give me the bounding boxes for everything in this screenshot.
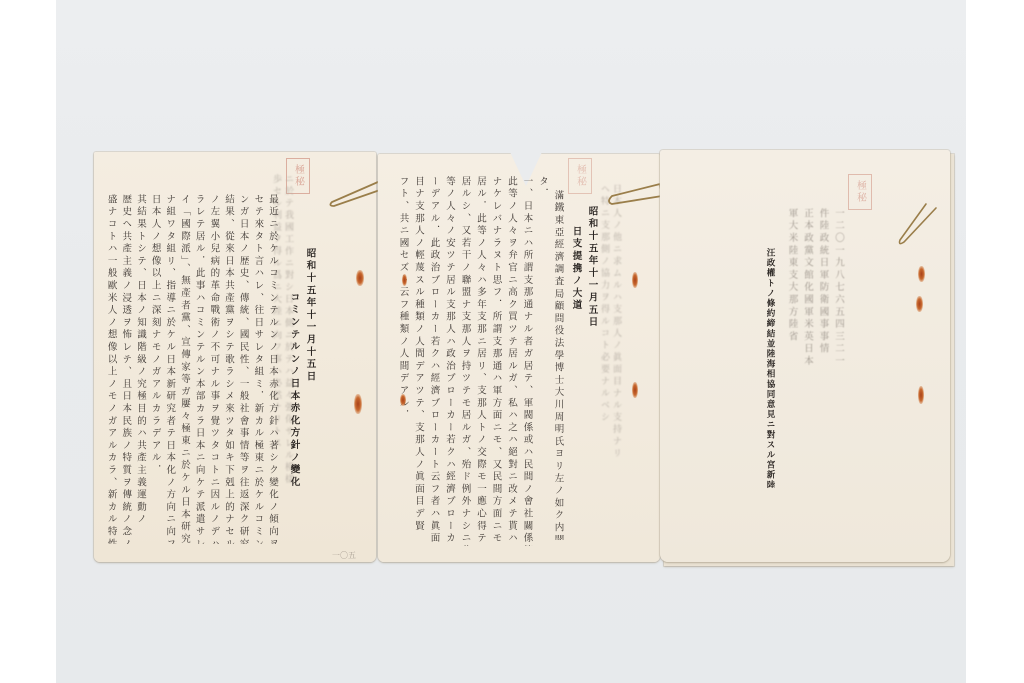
document-title: 汪政權トノ條約締結並陸海相協同意見ニ對スル宮新陸將ノ意嚮 <box>764 248 776 488</box>
paper-clip-icon <box>326 178 382 214</box>
rust-stain <box>402 274 407 286</box>
text-column: 其結果トシテ、日本ノ知識階級ノ究極目的ハ共產主義運動ノ <box>133 194 148 544</box>
document-title: コミンテルンノ日本赤化方針ノ變化 <box>286 292 302 532</box>
rust-stain <box>916 296 923 312</box>
rust-stain <box>918 386 924 404</box>
text-column: 最近ニ於ケルコミンテルンノ日本赤化方針ハ著シク變化ノ傾向ヲ見 <box>265 194 280 544</box>
document-title: 日支提携ノ大道 <box>568 226 584 346</box>
paper-clip-icon <box>604 180 664 208</box>
text-column: 一二〇一九八七六五四三二一 <box>831 208 847 388</box>
text-column: ノ左翼小兒病的革命戰術ノ不可ナル事ヲ覺ツタコトニ因ルノデハナイカト見 <box>207 194 222 544</box>
text-column: 正本政黨文館化國軍米英日本 <box>800 208 816 388</box>
text-column: 目ナ支那人ノ輕蔑スル種類ノ人間デアツテ、支那人ノ眞面目デ賢 <box>411 176 427 546</box>
paper-clip-icon <box>896 200 940 250</box>
document-sheet-2: 極秘 日本人ノ他ニ求ムルハ支那人ノ眞面目ナル支持ナリ ヘ特ニ支那側ノ協力ヲ得ルコ… <box>378 154 660 562</box>
text-column: フト、共ニ國セズト云フ種類ノ人間デアル． <box>395 176 411 546</box>
text-column: イ「國際派」、無產者黨、宣傳家等ガ屢々極東ニ於ケル日本研究家テ日本的 <box>177 194 192 544</box>
text-column: 一、日本ニハ所謂支那通ナル者ガ居テ、軍閥係或ハ民間ノ會社關係等ガ <box>519 176 535 546</box>
text-column: ーデアル．此政治ブローカー若クハ經濟ブローカート云フ者ハ眞面 <box>426 176 442 546</box>
rust-stain <box>354 394 362 414</box>
document-body: 最近ニ於ケルコミンテルンノ日本赤化方針ハ著シク變化ノ傾向ヲ見 セテ來タト言ハレ、… <box>104 194 280 544</box>
text-column: 件陸政統日軍防衛國事事情 <box>815 208 831 388</box>
text-column: 軍大米陸東支大那方陸省 <box>784 208 800 388</box>
text-column: 盛ナコトハ一般歐米人ノ想像以上ノモノガアルカラ、新カル特性アル <box>104 194 119 544</box>
text-column: 等ノ人々ノ安ツテ居ル支那人ハ政治ブローカー若クハ經濟ブローカ <box>442 176 458 546</box>
text-column: 居ル．此等ノ人々ハ多年支那ニ居リ、支那人トノ交際モ一應心得テ <box>473 176 489 546</box>
text-column: 結果、從來日本共產黨ヲシテ歌ラシメ來ツタ如キ下剋上的ナセル動性 <box>221 194 236 544</box>
document-date: 昭和十五年十一月五日 <box>584 206 600 406</box>
confidential-stamp: 極秘 <box>568 158 592 194</box>
text-column: 居ルシ、又若干ノ聯盟ナ支那人ヲ持ツテモ居ルガ、殆ド例外ナシニ此 <box>457 176 473 546</box>
rust-stain <box>356 270 364 286</box>
rust-stain <box>632 382 638 398</box>
pencil-page-number: 一〇五 <box>332 550 356 561</box>
text-column: タ． <box>535 176 551 546</box>
text-column: 日本人ノ想像以上ニ深刻ナモノガアルカラデアル． <box>148 194 163 544</box>
confidential-stamp: 極秘 <box>848 174 872 210</box>
text-column: ナ組ワタ組リ、指導ニ於ケル日本新研究者テ日本化ノ方向ニ向フ <box>163 194 178 544</box>
document-date: 昭和十五年十一月十五日 <box>302 248 318 448</box>
text-column: 此等ノ人々ヲ弁官ニ高ク買ツテ居ルガ、私ハ之ハ絕對ニ改メテ貰ハ <box>504 176 520 546</box>
text-column: ラレテ居ル．此事ハコミンテルン本部カラ日本ニ向ケテ派遣サレタ又ハ <box>192 194 207 544</box>
rust-stain <box>918 266 925 282</box>
rust-stain <box>400 394 406 406</box>
text-column: 歴史ヘ共產主義ノ浸透ヲ怖レテ、且日本民族ノ特質ヲ傳統ノ念ノ旺 <box>119 194 134 544</box>
text-column: セテ來タト言ハレ、往日サレタ組ミ．新カル極東ニ於ケルコミンテル <box>251 194 266 544</box>
text-column: ナケレバナラヌト思フ．所謂支那通ハ軍方面ニモ、又民間方面ニモ <box>488 176 504 546</box>
bleed-through-table: 一二〇一九八七六五四三二一 件陸政統日軍防衛國事事情 正本政黨文館化國軍米英日本… <box>678 208 846 388</box>
document-body: タ． 一、日本ニハ所謂支那通ナル者ガ居テ、軍閥係或ハ民間ノ會社關係等ガ 此等ノ人… <box>390 176 550 546</box>
rust-stain <box>632 272 638 288</box>
text-column: ンガ日本ノ歴史、傳統、國民性、一般社會事情等ヲ往返深ク研究シタ <box>236 194 251 544</box>
document-byline: 滿鐵東亞經濟調査局顧問役法學博士大川周明氏ヨリ左ノ如ク内聞シ <box>550 190 566 540</box>
